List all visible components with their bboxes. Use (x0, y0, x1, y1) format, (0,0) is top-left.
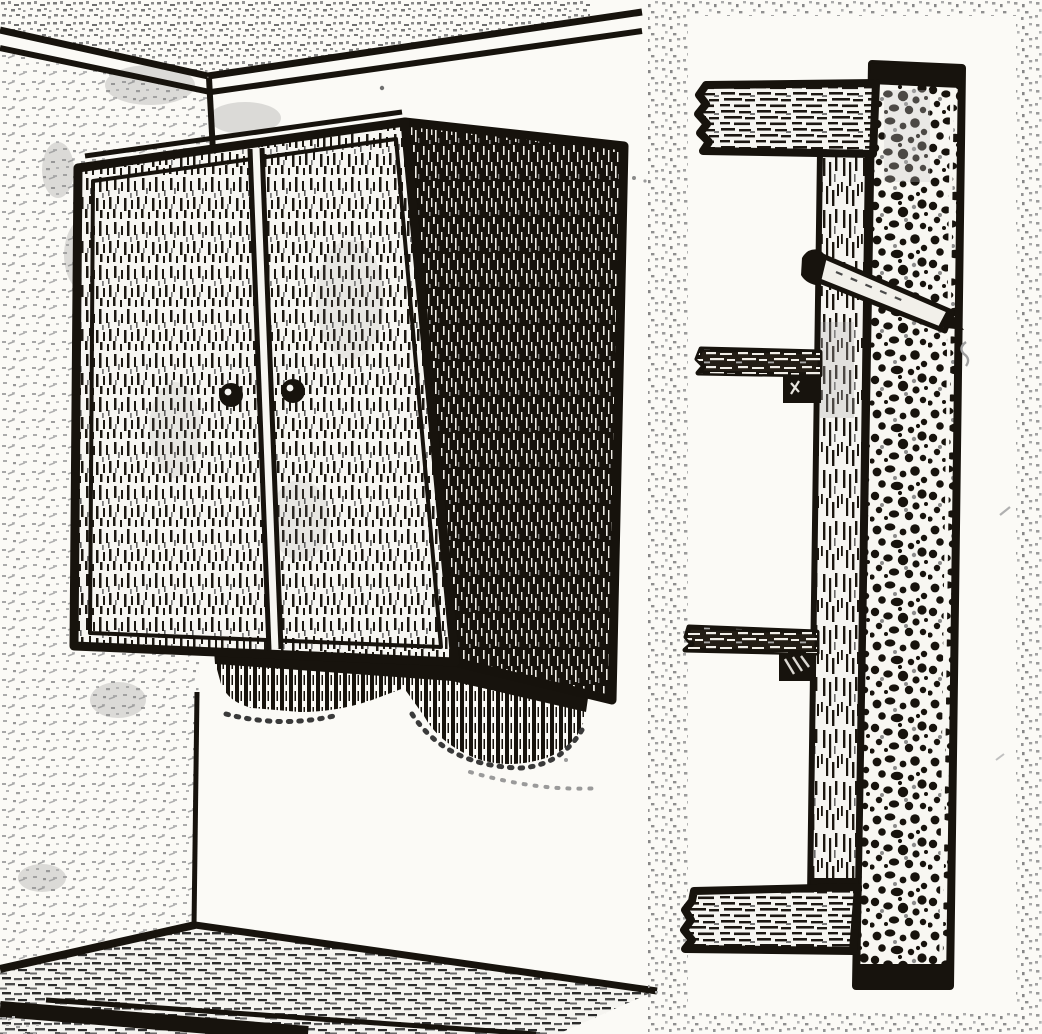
illustration-root (0, 0, 1042, 1034)
top-plank-grain (698, 83, 876, 154)
border-right (1016, 0, 1042, 1034)
top-plank (698, 83, 876, 154)
bottom-plank (684, 887, 858, 951)
wall-bottom-cap (856, 964, 952, 987)
corner-line-lower (194, 692, 197, 927)
border-bottom (688, 1012, 1042, 1034)
door-knob-right (281, 379, 305, 403)
cabinet (74, 112, 624, 700)
bottom-plank-grain (684, 887, 858, 951)
upper-shelf-cleat (783, 375, 821, 403)
panel-divider (648, 0, 688, 1034)
batten-smudge (820, 322, 854, 418)
concrete-wall (856, 63, 963, 987)
engraving-figure (0, 0, 1042, 1034)
upper-shelf-grain (697, 349, 820, 375)
border-top (688, 0, 1042, 16)
wall-top-cap (869, 63, 963, 88)
lower-shelf-cleat (779, 653, 816, 681)
door-knob-left (219, 383, 243, 407)
wall-smudge (884, 90, 930, 182)
